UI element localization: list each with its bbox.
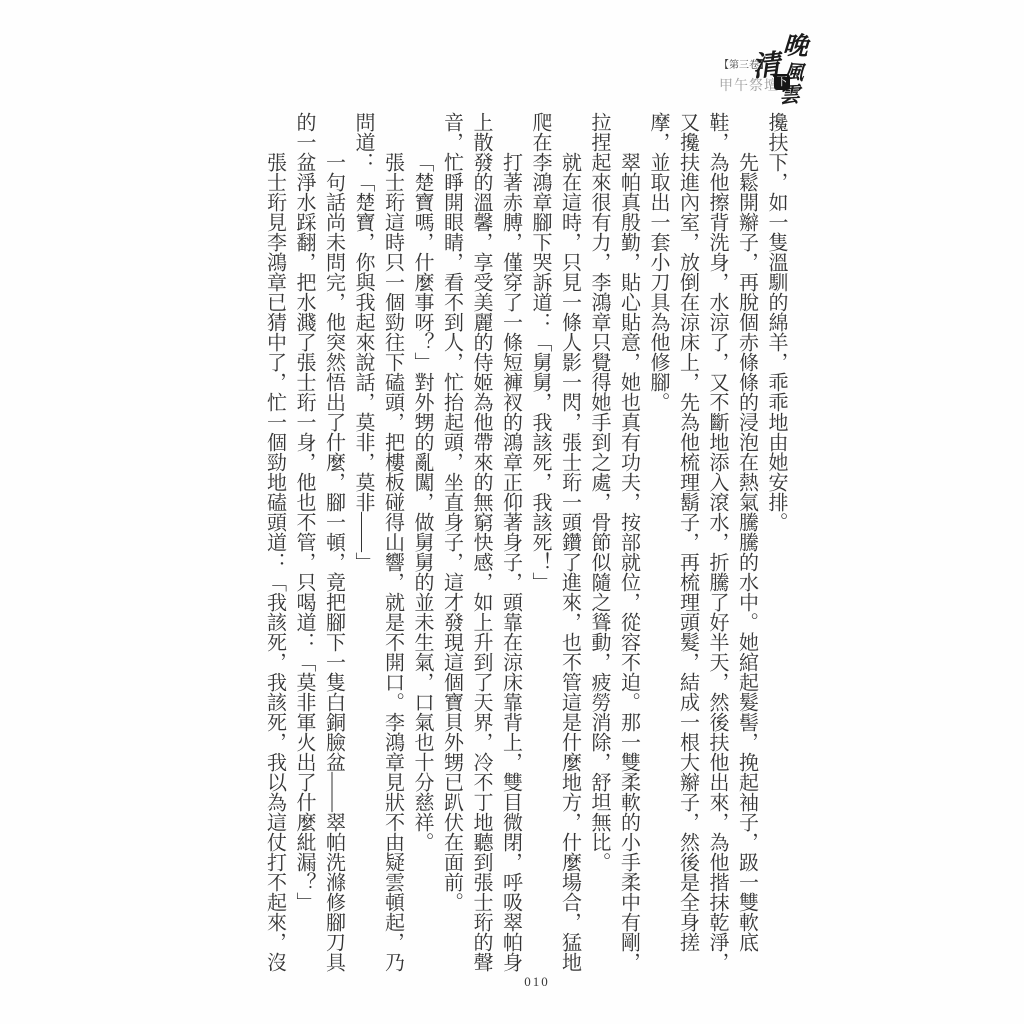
paragraph: 先鬆開辮子，再脫個赤條條的浸泡在熱氣騰騰的水中。她綰起髮髻，挽起袖子，趿一雙軟底… (643, 112, 761, 978)
page-body-text: 攙扶下，如一隻溫馴的綿羊，乖乖地由她安排。先鬆開辮子，再脫個赤條條的浸泡在熱氣騰… (230, 112, 790, 978)
paragraph: 攙扶下，如一隻溫馴的綿羊，乖乖地由她安排。 (761, 112, 791, 978)
chapter-subtitle: 甲午祭壇 (719, 75, 779, 95)
paragraph: 張士珩這時只一個勁往下磕頭，把樓板碰得山響，就是不開口。李鴻章見狀不由疑雲頓起，… (348, 112, 407, 978)
volume-badge: 下 (774, 74, 790, 90)
book-page: 晚清風雲 【第三卷】 甲午祭壇 下 攙扶下，如一隻溫馴的綿羊，乖乖地由她安排。先… (0, 0, 1024, 1024)
paragraph: 就在這時，只見一條人影一閃，張士珩一頭鑽了進來，也不管這是什麼地方，什麼場合，猛… (525, 112, 584, 978)
paragraph: 一句話尚未問完，他突然悟出了什麼，腳一頓，竟把腳下一隻白銅臉盆——翠帕洗滌修腳刀… (289, 112, 348, 978)
volume-label: 【第三卷】 (719, 56, 769, 71)
paragraph: 翠帕真殷勤，貼心貼意，她也真有功夫，按部就位，從容不迫。那一雙柔軟的小手柔中有剛… (584, 112, 643, 978)
paragraph: 打著赤膊，僅穿了一條短褲衩的鴻章正仰著身子，頭靠在涼床靠背上，雙目微閉，呼吸翠帕… (436, 112, 525, 978)
paragraph: 張士珩見李鴻章已猜中了，忙一個勁地磕頭道：「我該死，我該死，我以為這仗打不起來，… (259, 112, 289, 978)
page-number: 010 (497, 974, 577, 990)
paragraph: 「楚寶嗎，什麼事呀？」對外甥的亂闖，做舅舅的並未生氣，口氣也十分慈祥。 (407, 112, 437, 978)
